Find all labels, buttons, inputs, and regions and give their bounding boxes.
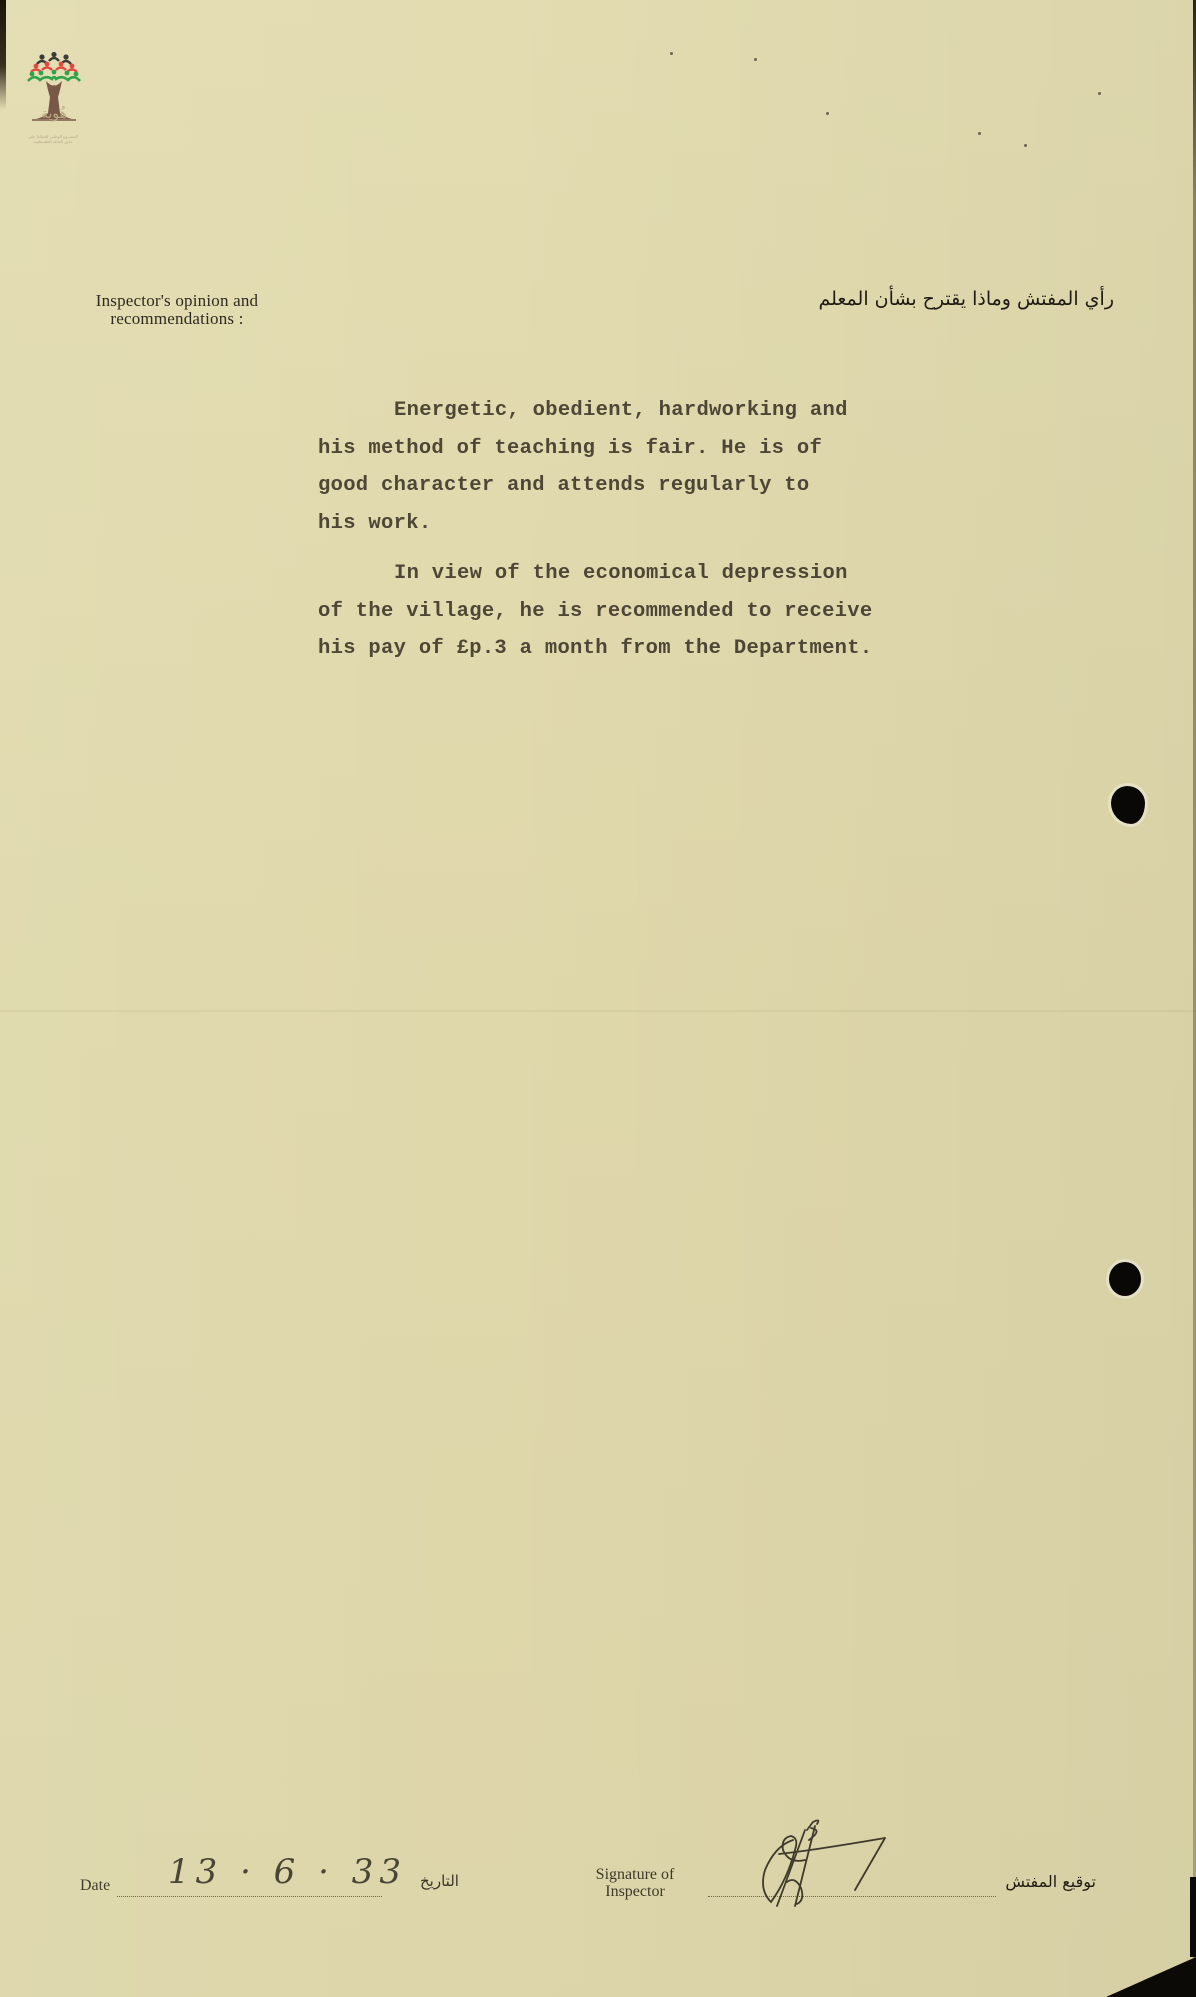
- dust-speck: [754, 58, 757, 61]
- dust-speck: [1098, 92, 1101, 95]
- punch-hole-icon: [1109, 1262, 1141, 1296]
- text-line: good character and attends regularly to: [318, 467, 1038, 505]
- dust-speck: [1024, 144, 1027, 147]
- punch-hole-icon: [1111, 786, 1145, 824]
- text-line: In view of the economical depression: [318, 555, 1038, 593]
- text-line: Energetic, obedient, hardworking and: [318, 392, 1038, 430]
- label-line-1: Inspector's opinion and: [52, 292, 302, 310]
- signature-label-arabic: توقيع المفتش: [1005, 1872, 1096, 1891]
- signature-row: Date 13 · 6 · 33 التاريخ Signature of In…: [0, 1840, 1196, 1920]
- signature-label-line-1: Signature of: [585, 1866, 685, 1883]
- dust-speck: [826, 112, 829, 115]
- logo-wordmark: هُوية: [34, 106, 74, 122]
- signature-label: Signature of Inspector: [585, 1866, 685, 1900]
- fold-line: [0, 1010, 1196, 1012]
- page-edge-left: [0, 0, 6, 110]
- dust-speck: [978, 132, 981, 135]
- handwritten-signature-icon: [735, 1810, 965, 1910]
- paragraph-gap: [318, 542, 1038, 555]
- signature-label-line-2: Inspector: [585, 1883, 685, 1900]
- text-line: of the village, he is recommended to rec…: [318, 593, 1038, 631]
- dust-speck: [670, 52, 673, 55]
- text-line: his work.: [318, 505, 1038, 543]
- document-page: هُوية المشروع الوطني للحفاظ على جذور الع…: [0, 0, 1196, 1997]
- inspector-opinion-label: Inspector's opinion and recommendations …: [52, 292, 302, 328]
- tree-of-people-logo-icon: [26, 36, 82, 146]
- date-value: 13 · 6 · 33: [168, 1852, 407, 1892]
- date-underline: [117, 1896, 382, 1897]
- typed-recommendation: Energetic, obedient, hardworking and his…: [318, 392, 1038, 668]
- text-line: his pay of £p.3 a month from the Departm…: [318, 630, 1038, 668]
- inspector-opinion-label-arabic: رأي المفتش وماذا يقترح بشأن المعلم: [818, 288, 1114, 310]
- logo-caption-line-2: جذور العائلة الفلسطينية: [18, 139, 88, 144]
- page-corner-bottom-right: [1106, 1957, 1196, 1997]
- date-label: Date: [80, 1877, 110, 1895]
- text-line: his method of teaching is fair. He is of: [318, 430, 1038, 468]
- logo-caption: المشروع الوطني للحفاظ على جذور العائلة ا…: [18, 134, 88, 144]
- label-line-2: recommendations :: [52, 310, 302, 328]
- date-label-arabic: التاريخ: [420, 1872, 459, 1890]
